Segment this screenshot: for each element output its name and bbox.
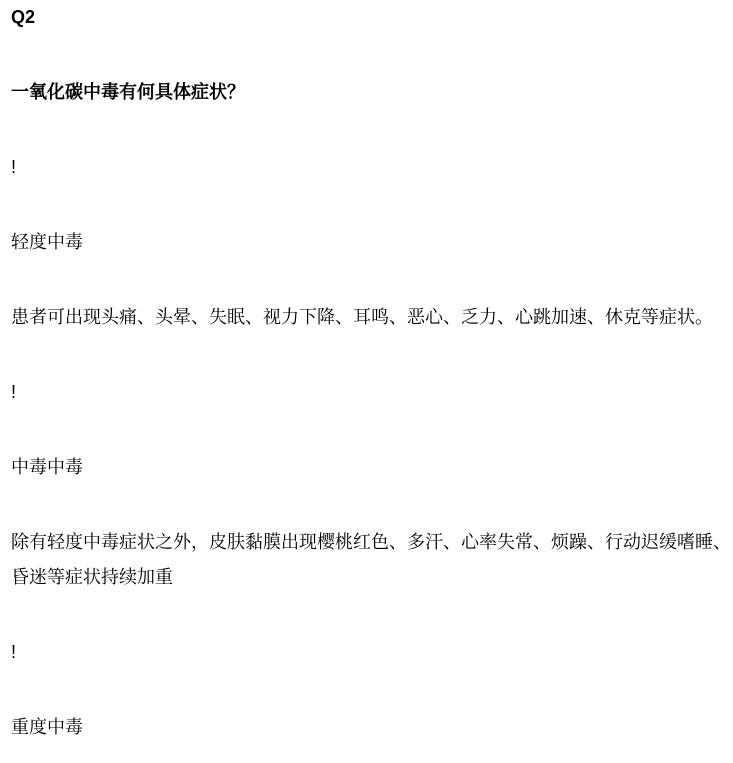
exclamation-marker-2: ! — [11, 375, 733, 410]
question-title: 一氧化碳中毒有何具体症状？ — [11, 75, 733, 110]
section-heading-severe: 重度中毒 — [11, 710, 733, 745]
exclamation-marker-3: ! — [11, 635, 733, 670]
paragraph-moderate-symptoms: 除有轻度中毒症状之外，皮肤黏膜出现樱桃红色、多汗、心率失常、烦躁、行动迟缓嗜睡、… — [11, 525, 733, 595]
section-heading-moderate: 中毒中毒 — [11, 450, 733, 485]
exclamation-marker-1: ! — [11, 150, 733, 185]
question-number: Q2 — [11, 0, 733, 35]
document-page: Q2 一氧化碳中毒有何具体症状？ ! 轻度中毒 患者可出现头痛、头晕、失眠、视力… — [0, 0, 733, 763]
paragraph-mild-symptoms: 患者可出现头痛、头晕、失眠、视力下降、耳鸣、恶心、乏力、心跳加速、休克等症状。 — [11, 300, 733, 335]
section-heading-mild: 轻度中毒 — [11, 225, 733, 260]
